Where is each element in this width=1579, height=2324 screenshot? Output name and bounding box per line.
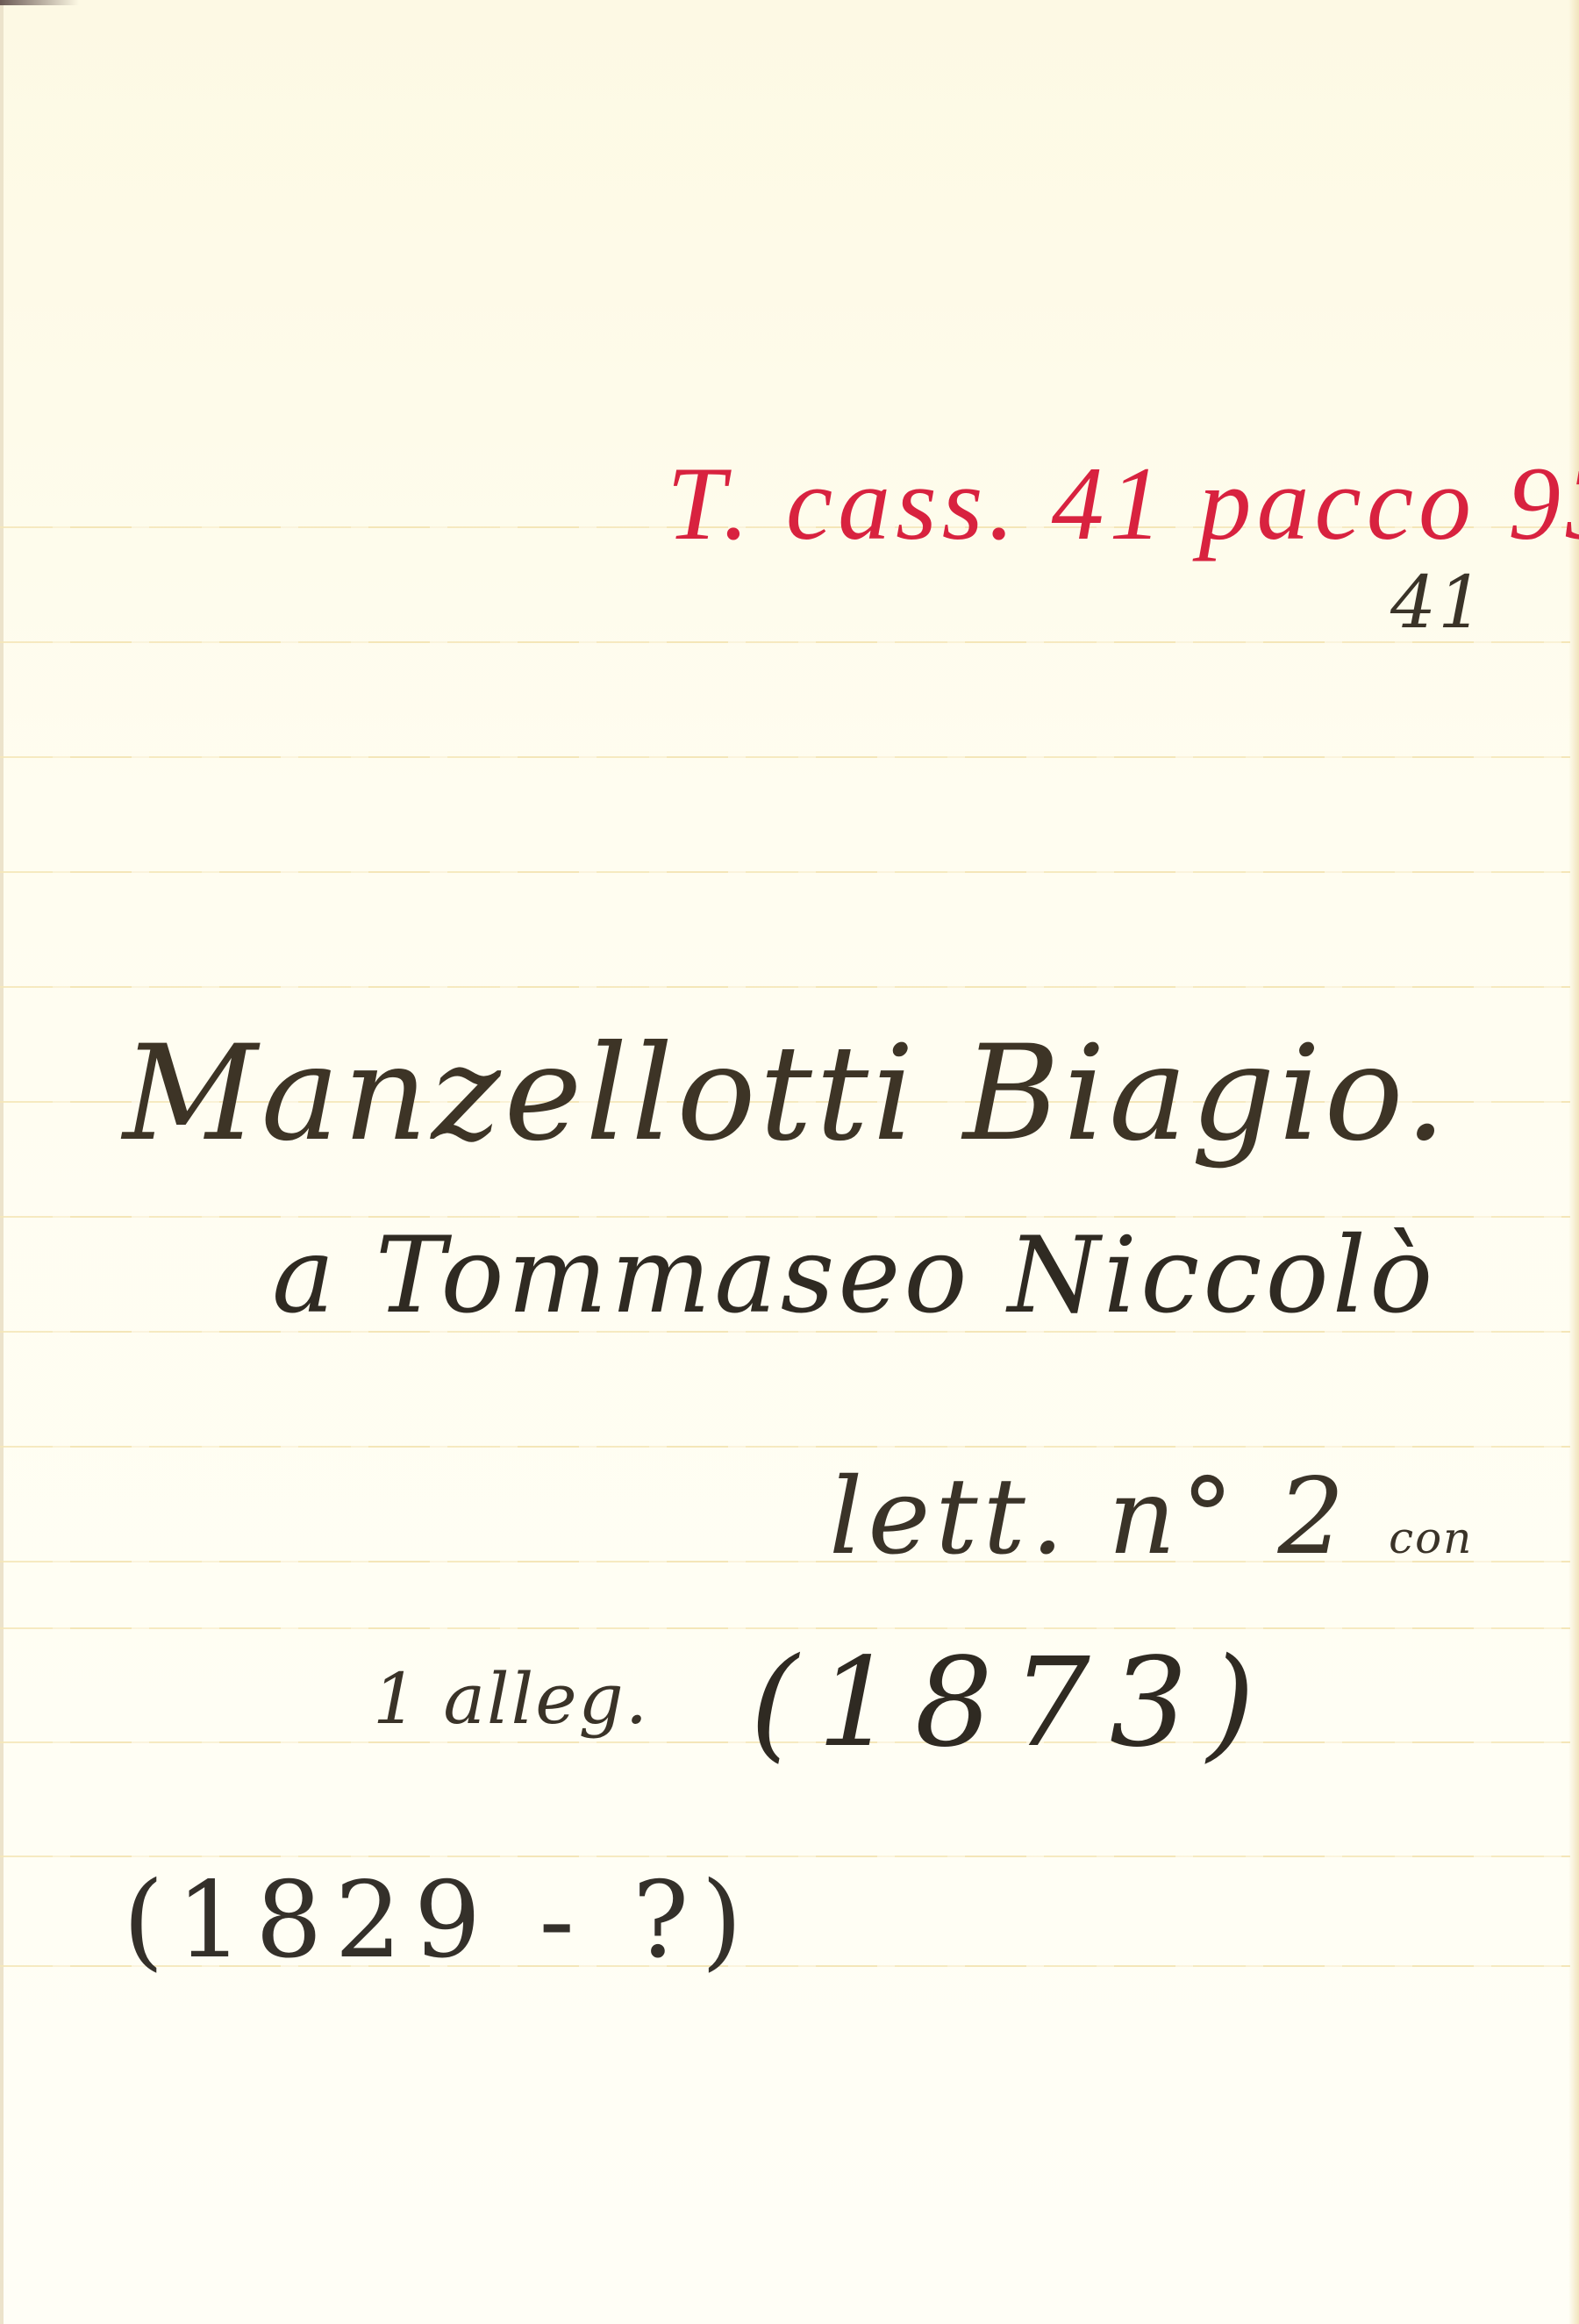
ruled-line [0,871,1570,873]
card-right-edge [1568,0,1579,2324]
archive-reference: T. cass. 41 pacco 93 [667,443,1579,564]
recipient-name: a Tommaseo Niccolò [272,1215,1436,1337]
letter-count-text: lett. n° 2 [829,1456,1350,1578]
ruled-line [0,641,1570,643]
index-card: T. cass. 41 pacco 93 41 Manzellotti Biag… [0,0,1579,2324]
ruled-line [0,1856,1570,1857]
life-dates: (1829 - ?) [123,1860,754,1982]
ruled-line [0,1446,1570,1448]
ruled-line [0,986,1570,988]
letter-year: (1873) [750,1632,1275,1775]
archive-reference-sub: 41 [1390,561,1485,645]
letter-count: lett. n° 2 con [829,1456,1473,1578]
sender-name: Manzellotti Biagio. [123,1018,1450,1170]
scan-smudge [0,0,79,5]
letter-count-suffix: con [1389,1512,1473,1563]
card-left-edge [0,0,4,2324]
ruled-line [0,1627,1570,1629]
ruled-line [0,756,1570,758]
enclosure-note: 1 alleg. [373,1658,649,1740]
